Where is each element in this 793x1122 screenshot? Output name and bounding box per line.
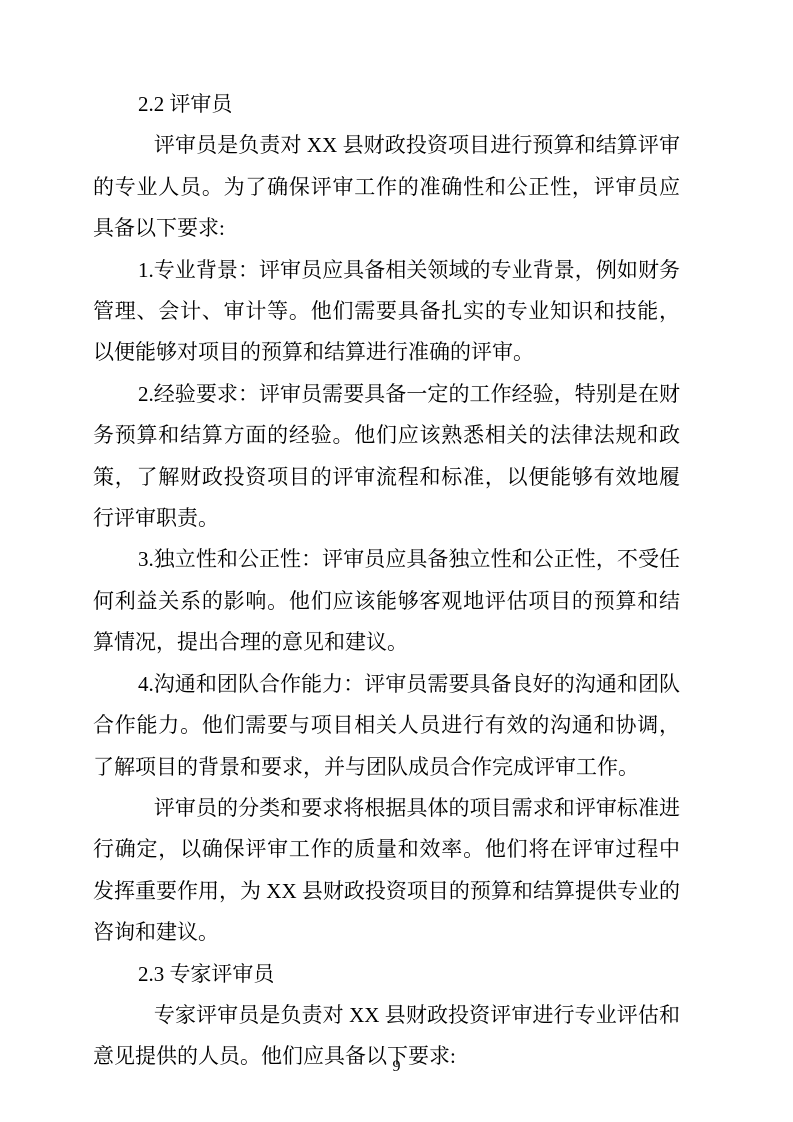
para-requirement-1-professional-background: 1.专业背景：评审员应具备相关领域的专业背景，例如财务管理、会计、审计等。他们需… [93, 250, 680, 374]
section-heading-2-3: 2.3 专家评审员 [93, 954, 680, 995]
page-number: 9 [393, 1058, 401, 1075]
para-reviewer-classification: 评审员的分类和要求将根据具体的项目需求和评审标准进行确定，以确保评审工作的质量和… [93, 788, 680, 954]
page-footer: 9 [0, 1056, 793, 1078]
section-heading-2-2: 2.2 评审员 [93, 84, 680, 125]
document-page: 2.2 评审员 评审员是负责对 XX 县财政投资项目进行预算和结算评审的专业人员… [0, 0, 793, 1122]
para-requirement-3-independence: 3.独立性和公正性：评审员应具备独立性和公正性，不受任何利益关系的影响。他们应该… [93, 539, 680, 663]
para-requirement-4-communication: 4.沟通和团队合作能力：评审员需要具备良好的沟通和团队合作能力。他们需要与项目相… [93, 664, 680, 788]
document-body: 2.2 评审员 评审员是负责对 XX 县财政投资项目进行预算和结算评审的专业人员… [93, 84, 680, 1078]
para-reviewer-intro: 评审员是负责对 XX 县财政投资项目进行预算和结算评审的专业人员。为了确保评审工… [93, 125, 680, 249]
para-requirement-2-experience: 2.经验要求：评审员需要具备一定的工作经验，特别是在财务预算和结算方面的经验。他… [93, 374, 680, 540]
